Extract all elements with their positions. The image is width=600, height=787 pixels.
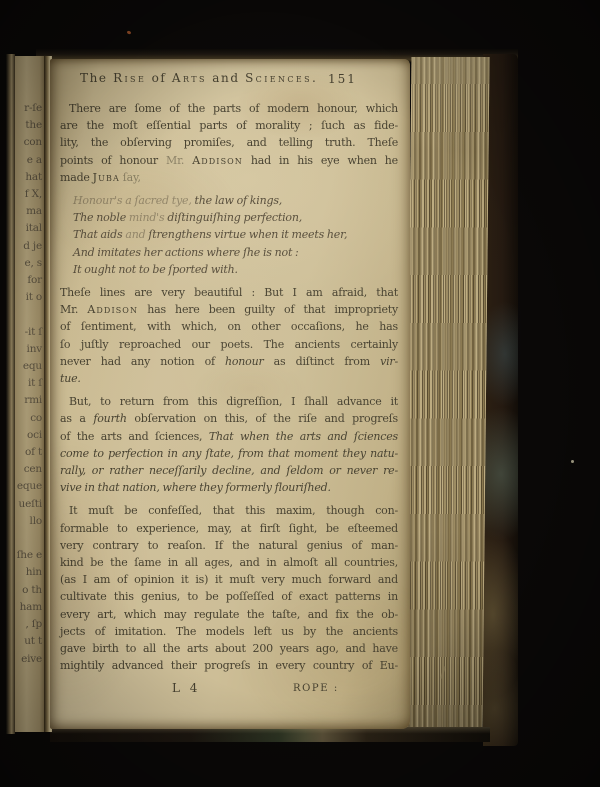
fragment-line: d je bbox=[15, 238, 42, 255]
text-line: very contrary to reaſon. If the natural … bbox=[60, 537, 398, 554]
fragment-line: it ſ bbox=[15, 375, 42, 392]
fore-edge-page-stack bbox=[404, 57, 489, 732]
fragment-line: ham bbox=[15, 599, 42, 616]
text-line: Mr. Addison has here been guilty of that… bbox=[60, 301, 398, 318]
text-line: It ought not to be ſported with. bbox=[73, 261, 398, 278]
text-line: (as I am of opinion it is) it muſt very … bbox=[60, 571, 398, 588]
text-line: of the arts and ſciences, That when the … bbox=[60, 428, 398, 445]
running-header-title: The Rise of Arts and Sciences. bbox=[80, 71, 318, 85]
text-line: cultivate this genius, to be poſſeſſed o… bbox=[60, 588, 398, 605]
fragment-line: equ bbox=[15, 358, 42, 375]
signature-line: L 4 ROPE : bbox=[60, 681, 398, 699]
page-text: The Rise of Arts and Sciences. 151 There… bbox=[60, 69, 398, 699]
paragraph: There are ſome of the parts of modern ho… bbox=[60, 100, 398, 186]
fragment-line: f X, bbox=[15, 186, 42, 203]
page-text-flow: There are ſome of the parts of modern ho… bbox=[60, 100, 398, 675]
fragment-line: ſhe e bbox=[15, 547, 42, 564]
fragment-line: e a bbox=[15, 152, 42, 169]
fragment-line: ut t bbox=[15, 633, 42, 650]
text-line: rally, or rather neceſſarily decline, an… bbox=[60, 462, 398, 479]
paragraph: It muſt be confeſſed, that this maxim, t… bbox=[60, 502, 398, 674]
fragment-line: eive bbox=[15, 651, 42, 668]
book-page: The Rise of Arts and Sciences. 151 There… bbox=[50, 59, 410, 729]
fragment-line: ma bbox=[15, 203, 42, 220]
text-line: It muſt be confeſſed, that this maxim, t… bbox=[60, 502, 398, 519]
left-binding-edge bbox=[6, 54, 15, 734]
gathering-signature: L 4 bbox=[172, 681, 200, 695]
text-line: mightily advanced their progreſs in ever… bbox=[60, 657, 398, 674]
paper-fleck bbox=[571, 460, 574, 463]
text-line: But, to return from this digreſſion, I ſ… bbox=[60, 393, 398, 410]
text-line: jects of imitation. The models left us b… bbox=[60, 623, 398, 640]
book-photograph: { "colors": { "background": "#0a0807", "… bbox=[0, 0, 600, 787]
fragment-line: e, s bbox=[15, 255, 42, 272]
text-line: lity, the obſerving promiſes, and tellin… bbox=[60, 134, 398, 151]
fragment-line: hin bbox=[15, 564, 42, 581]
text-line: The noble mind's diſtinguiſhing perfecti… bbox=[73, 209, 398, 226]
text-line: vive in that nation, where they formerly… bbox=[60, 479, 398, 496]
page-number: 151 bbox=[328, 72, 357, 86]
text-line: come to perfection in any ſtate, from th… bbox=[60, 445, 398, 462]
paragraph: But, to return from this digreſſion, I ſ… bbox=[60, 393, 398, 496]
fragment-line: co bbox=[15, 410, 42, 427]
text-line: are the moſt eſſential parts of morality… bbox=[60, 117, 398, 134]
fragment-line: oci bbox=[15, 427, 42, 444]
text-line: There are ſome of the parts of modern ho… bbox=[60, 100, 398, 117]
fragment-line: llo bbox=[15, 513, 42, 530]
fragment-line: o th bbox=[15, 582, 42, 599]
fragment-line: rmi bbox=[15, 392, 42, 409]
fragment-line: of t bbox=[15, 444, 42, 461]
facing-page-sliver: r-ſethecone ahatf X,maitald jee, sforit … bbox=[15, 56, 44, 732]
text-line: as a fourth obſervation on this, of the … bbox=[60, 410, 398, 427]
text-line: never had any notion of honour as diſtin… bbox=[60, 353, 398, 370]
paragraph: Theſe lines are very beautiful : But I a… bbox=[60, 284, 398, 387]
fragment-line: ital bbox=[15, 220, 42, 237]
fragment-line: the bbox=[15, 117, 42, 134]
fragment-line bbox=[15, 530, 42, 547]
text-line: ſo juſtly reproached our poets. The anci… bbox=[60, 336, 398, 353]
fragment-line: r-ſe bbox=[15, 100, 42, 117]
fragment-line: eque bbox=[15, 478, 42, 495]
text-line: points of honour Mr. Addison had in his … bbox=[60, 152, 398, 169]
fragment-line: ueſti bbox=[15, 496, 42, 513]
text-line: of ſentiment, with which, on other occaſ… bbox=[60, 318, 398, 335]
fragment-line bbox=[15, 306, 42, 323]
fragment-line: it o bbox=[15, 289, 42, 306]
fragment-line: cen bbox=[15, 461, 42, 478]
text-line: And imitates her actions where ſhe is no… bbox=[73, 244, 398, 261]
fragment-line: , ſp bbox=[15, 616, 42, 633]
text-line: tue. bbox=[60, 370, 398, 387]
text-line: every art, which may regulate the taſte,… bbox=[60, 606, 398, 623]
running-header: The Rise of Arts and Sciences. 151 bbox=[60, 71, 398, 91]
text-line: formable to experience, may, at firſt ſi… bbox=[60, 520, 398, 537]
text-line: gave birth to all the arts about 200 yea… bbox=[60, 640, 398, 657]
fragment-line: con bbox=[15, 134, 42, 151]
catchword: ROPE : bbox=[293, 683, 339, 694]
book-bottom-edge bbox=[50, 727, 490, 742]
dust-speck bbox=[127, 30, 132, 34]
text-line: Theſe lines are very beautiful : But I a… bbox=[60, 284, 398, 301]
text-line: made Juba ſay, bbox=[60, 169, 398, 186]
facing-page-fragments: r-ſethecone ahatf X,maitald jee, sforit … bbox=[15, 56, 44, 668]
fragment-line: hat bbox=[15, 169, 42, 186]
fragment-line: -it ſ bbox=[15, 324, 42, 341]
verse-block: Honour's a ſacred tye, the law of kings,… bbox=[60, 192, 398, 278]
fragment-line: inv bbox=[15, 341, 42, 358]
text-line: kind be the ſame in all ages, and in alm… bbox=[60, 554, 398, 571]
text-line: That aids and ſtrengthens virtue when it… bbox=[73, 226, 398, 243]
fragment-line: for bbox=[15, 272, 42, 289]
text-line: Honour's a ſacred tye, the law of kings, bbox=[73, 192, 398, 209]
